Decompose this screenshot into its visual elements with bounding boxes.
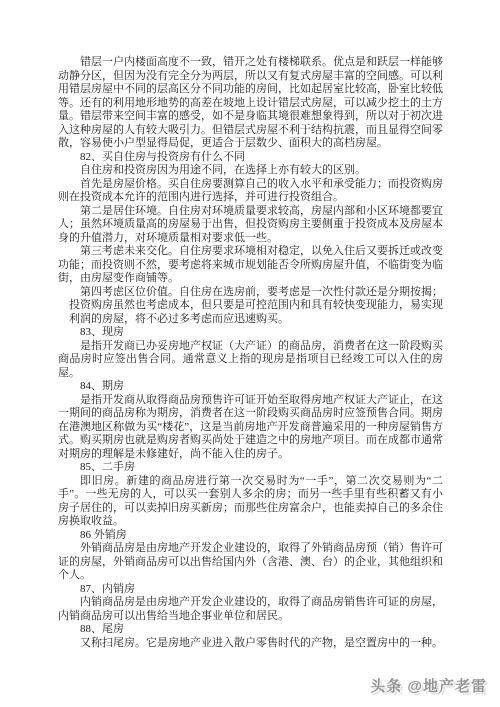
section-heading: 85、二手房 — [58, 461, 443, 475]
section-heading: 86 外销房 — [58, 529, 443, 543]
section-heading: 83、现房 — [58, 326, 443, 340]
body-paragraph: 错层一户内楼面高度不一致，错开之处有楼梯联系。优点是和跃层一样能够动静分区，但因… — [58, 56, 443, 151]
section-heading: 84、期房 — [58, 380, 443, 394]
section-heading: 87、内销房 — [58, 583, 443, 597]
body-paragraph: 是指开发商已办妥房地产权证（大产证）的商品房，消费者在这一阶段购买商品房时应签出… — [58, 340, 443, 381]
body-paragraph: 即旧房。新建的商品房进行第一次交易时为“一手”，第二次交易则为“二手”。一些无房… — [58, 475, 443, 529]
body-paragraph: 是指开发商从取得商品房预售许可证开始至取得房地产权证大产证止，在这一期间的商品房… — [58, 394, 443, 462]
watermark-text: 头条 @地产老雷 — [370, 678, 487, 695]
section-heading: 88、尾房 — [58, 623, 443, 637]
body-paragraph: 自住房和投资房因为用途不同，在选择上亦有较大的区别。 — [58, 164, 443, 178]
body-paragraph: 外销商品房是由房地产开发企业建设的，取得了外销商品房预（销）售许可证的房屋，外销… — [58, 542, 443, 583]
body-paragraph: 内销商品房是由房地产开发企业建设的，取得了商品房销售许可证的房屋，内销商品房可以… — [58, 596, 443, 623]
body-paragraph: 第三考虑未来交化。自住房要求环境相对稳定，以免入住后又要拆迁或改变功能；而投资则… — [58, 245, 443, 286]
document-text: 错层一户内楼面高度不一致，错开之处有楼梯联系。优点是和跃层一样能够动静分区，但因… — [58, 56, 443, 650]
body-paragraph: 又称扫尾房。它是房地产业进入散户零售时代的产物，是空置房中的一种。 — [58, 637, 443, 651]
watermark: 头条 @地产老雷 — [370, 675, 487, 696]
body-paragraph: 第四考虑区位价值。自住房在选房前，要考虑是一次性付款还是分期按揭；投资购房虽然也… — [58, 286, 443, 327]
document-page: 错层一户内楼面高度不一致，错开之处有楼梯联系。优点是和跃层一样能够动静分区，但因… — [0, 0, 500, 707]
body-paragraph: 第二是居住环境。自住房对环境质量要求较高，房屋内部和小区环境都要宜人；虽然环境质… — [58, 205, 443, 246]
section-heading: 82、买自住房与投资房有什么不同 — [58, 151, 443, 165]
body-paragraph: 首先是房屋价格。买自住房要测算自己的收入水平和承受能力；而投资购房则在投资成本允… — [58, 178, 443, 205]
